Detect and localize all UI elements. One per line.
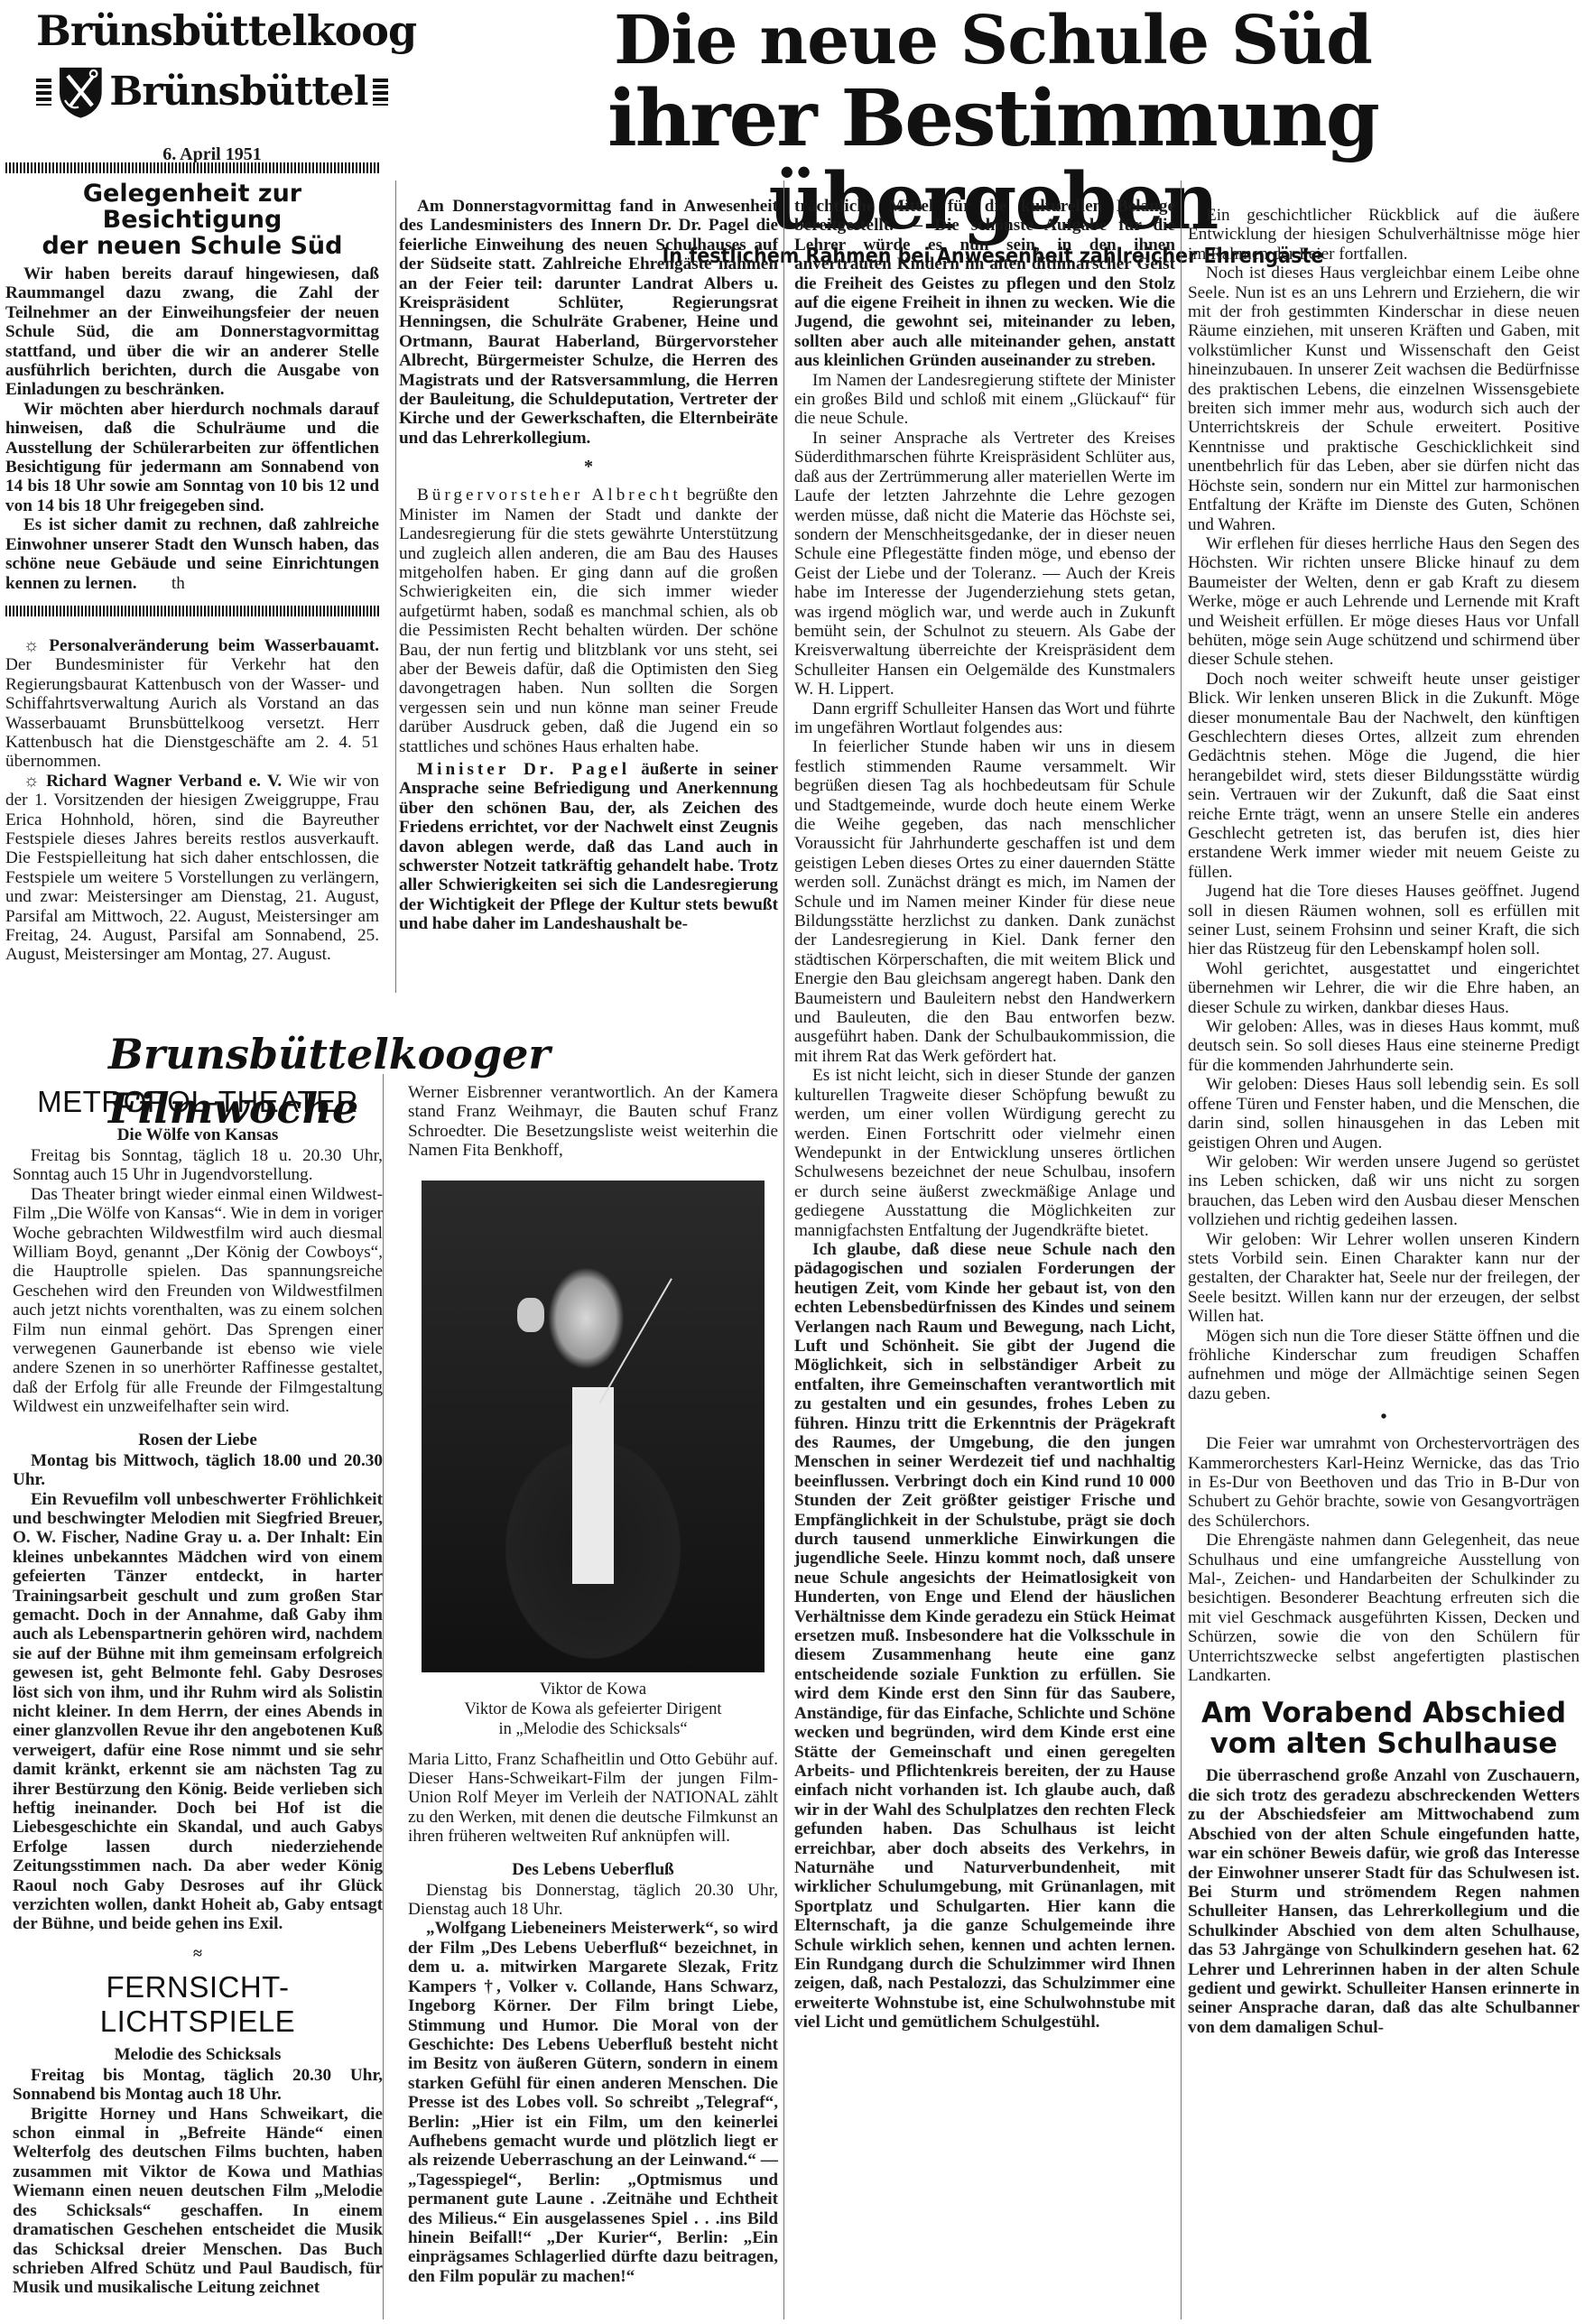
notice-text: Der Bundesminister für Verkehr hat den R… — [5, 655, 379, 771]
masthead: Brünsbüttelkoog Brünsbüttel 6. April 195… — [36, 7, 388, 161]
notice-text: Wie wir von der 1. Vorsitzenden der hies… — [5, 772, 379, 965]
paragraph: Am Donnerstagvormittag fand in Anwesenhe… — [399, 197, 778, 448]
paragraph: Die Ehrengäste nahmen dann Gelegenheit, … — [1188, 1531, 1580, 1685]
main-article-col3: trächtliche Mittel für die kulturellen B… — [794, 197, 1175, 2032]
cinema-fernsicht: FERNSICHT-LICHTSPIELE — [13, 1970, 383, 2039]
main-article-col2: Am Donnerstagvormittag fand in Anwesenhe… — [399, 197, 778, 934]
abschied-title: Am Vorabend Abschied vom alten Schulhaus… — [1188, 1698, 1580, 1759]
paragraph: In feierlicher Stunde haben wir uns in d… — [794, 737, 1175, 1066]
spaced-lead: Minister Dr. Pagel — [417, 760, 630, 779]
caption-line2: Viktor de Kowa als gefeierter Dirigent — [408, 1699, 778, 1719]
headline-line1: Die neue Schule Süd — [406, 4, 1580, 78]
caption-line3: in „Melodie des Schicksals“ — [408, 1719, 778, 1739]
notice-wasserbauamt: ☼ Personalveränderung beim Wasserbauamt.… — [5, 636, 379, 772]
paragraph: Wir geloben: Dieses Haus soll lebendig s… — [1188, 1075, 1580, 1153]
photo-caption: Viktor de Kowa Viktor de Kowa als gefeie… — [408, 1680, 778, 1739]
sun-icon: ☼ — [23, 772, 40, 791]
caption-line1: Viktor de Kowa — [408, 1680, 778, 1699]
hatch-rule — [5, 162, 379, 173]
paragraph: Wir erflehen für dieses herrliche Haus d… — [1188, 534, 1580, 670]
masthead-left-bars — [36, 79, 51, 106]
paragraph: Bürgervorsteher Albrecht begrüßte den Mi… — [399, 486, 778, 756]
paragraph: Mögen sich nun die Tore dieser Stätte öf… — [1188, 1327, 1580, 1404]
masthead-title-line1: Brünsbüttelkoog — [36, 7, 388, 54]
paragraph: Montag bis Mittwoch, täglich 18.00 und 2… — [13, 1451, 383, 1490]
masthead-row2: Brünsbüttel — [36, 56, 388, 128]
paragraph-text: äußerte in seiner Ansprache seine Befrie… — [399, 760, 778, 933]
paragraph: Werner Eisbrenner verantwortlich. An der… — [408, 1083, 778, 1161]
column-divider — [783, 181, 784, 2319]
photo-shirt — [572, 1387, 614, 1584]
paragraph: Wir haben bereits darauf hingewiesen, da… — [5, 264, 379, 400]
column-divider — [395, 181, 396, 993]
paragraph: Wir geloben: Wir Lehrer wollen unseren K… — [1188, 1230, 1580, 1327]
paragraph: Wir geloben: Wir werden unsere Jugend so… — [1188, 1153, 1580, 1230]
film-title-melodie: Melodie des Schicksals — [13, 2044, 383, 2066]
anchor-crest-icon — [57, 56, 105, 128]
paragraph: Doch noch weiter schweift heute unser ge… — [1188, 670, 1580, 882]
paragraph: Dann ergriff Schulleiter Hansen das Wort… — [794, 699, 1175, 738]
photo-baton — [598, 1278, 672, 1404]
notice-lead: Richard Wagner Verband e. V. — [46, 772, 282, 791]
abschied-title-line2: vom alten Schulhause — [1188, 1728, 1580, 1759]
spaced-lead: Bürgervorsteher Albrecht — [417, 486, 681, 505]
author-signature: th — [171, 574, 185, 593]
paragraph: Im Namen der Landesregierung stiftete de… — [794, 371, 1175, 429]
masthead-right-bars — [373, 79, 388, 106]
besichtigung-title-line2: der neuen Schule Süd — [5, 233, 379, 259]
paragraph: „Wolfgang Liebeneiners Meisterwerk“, so … — [408, 1919, 778, 2286]
paragraph: Minister Dr. Pagel äußerte in seiner Ans… — [399, 760, 778, 934]
besichtigung-title-line1: Gelegenheit zur Besichtigung — [5, 181, 379, 233]
paragraph: Ein geschichtlicher Rückblick auf die äu… — [1188, 206, 1580, 264]
filmwoche-col2: Werner Eisbrenner verantwortlich. An der… — [408, 1083, 778, 2286]
masthead-title-line2: Brünsbüttel — [109, 69, 367, 116]
column-divider — [1181, 181, 1182, 2319]
paragraph: Ich glaube, daß diese neue Schule nach d… — [794, 1240, 1175, 2032]
paragraph: Das Theater bringt wieder einmal einen W… — [13, 1185, 383, 1417]
paragraph: Ein Revuefilm voll unbeschwerter Fröhlic… — [13, 1490, 383, 1934]
hatch-rule — [5, 606, 379, 616]
column-divider — [383, 1074, 384, 2319]
notice-wagner-verband: ☼ Richard Wagner Verband e. V. Wie wir v… — [5, 772, 379, 965]
paragraph: Es ist nicht leicht, sich in dieser Stun… — [794, 1066, 1175, 1240]
paragraph: Die Feier war umrahmt von Orchestervortr… — [1188, 1434, 1580, 1531]
paragraph: Wohl gerichtet, ausgestattet und eingeri… — [1188, 959, 1580, 1017]
sun-icon: ☼ — [23, 636, 40, 655]
besichtigung-body: Wir haben bereits darauf hingewiesen, da… — [5, 264, 379, 593]
paragraph: Freitag bis Sonntag, täglich 18 u. 20.30… — [13, 1146, 383, 1185]
photo-hand — [517, 1298, 544, 1332]
column-1-top: Gelegenheit zur Besichtigung der neuen S… — [5, 162, 379, 965]
paragraph: trächtliche Mittel für die kulturellen B… — [794, 197, 1175, 371]
paragraph: Wir möchten aber hierdurch nochmals dara… — [5, 400, 379, 515]
cinema-metropol: METROPOL-THEATER — [13, 1085, 383, 1119]
paragraph: Maria Litto, Franz Schafheitlin und Otto… — [408, 1750, 778, 1847]
besichtigung-title: Gelegenheit zur Besichtigung der neuen S… — [5, 181, 379, 259]
film-title-ueberfluss: Des Lebens Ueberfluß — [408, 1859, 778, 1881]
paragraph: Wir geloben: Alles, was in dieses Haus k… — [1188, 1017, 1580, 1075]
notice-lead: Personalveränderung beim Wasserbauamt. — [49, 636, 379, 655]
notices: ☼ Personalveränderung beim Wasserbauamt.… — [5, 636, 379, 965]
filmwoche-col1: METROPOL-THEATER Die Wölfe von Kansas Fr… — [13, 1085, 383, 2298]
abschied-title-line1: Am Vorabend Abschied — [1188, 1698, 1580, 1728]
paragraph-text: Es ist sicher damit zu rechnen, daß zahl… — [5, 515, 379, 592]
separator-dot: • — [1188, 1407, 1580, 1427]
main-article-col4: Ein geschichtlicher Rückblick auf die äu… — [1188, 206, 1580, 2037]
wave-separator-icon: ≈ — [13, 1945, 383, 1961]
paragraph: Freitag bis Montag, täglich 20.30 Uhr, S… — [13, 2066, 383, 2105]
paragraph: Noch ist dieses Haus vergleichbar einem … — [1188, 264, 1580, 534]
paragraph: In seiner Ansprache als Vertreter des Kr… — [794, 429, 1175, 699]
film-title-woelfe: Die Wölfe von Kansas — [13, 1125, 383, 1146]
abschied-paragraph: Die überraschend große Anzahl von Zuscha… — [1188, 1766, 1580, 2037]
separator-asterisk: * — [399, 457, 778, 477]
paragraph: Dienstag bis Donnerstag, täglich 20.30 U… — [408, 1881, 778, 1920]
paragraph-text: begrüßte den Minister im Namen der Stadt… — [399, 486, 778, 755]
paragraph: Es ist sicher damit zu rechnen, daß zahl… — [5, 515, 379, 593]
conductor-photo — [422, 1181, 765, 1672]
paragraph: Brigitte Horney und Hans Schweikart, die… — [13, 2105, 383, 2298]
film-title-rosen: Rosen der Liebe — [13, 1430, 383, 1451]
paragraph: Jugend hat die Tore dieses Hauses geöffn… — [1188, 882, 1580, 959]
